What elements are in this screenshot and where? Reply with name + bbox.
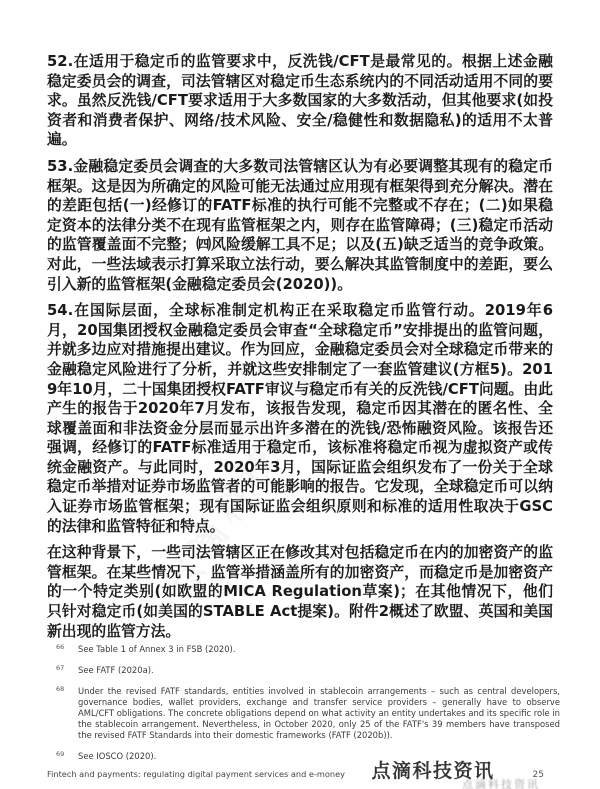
paragraph-run-bold: 7 xyxy=(195,400,205,417)
paragraph-run-bold: 2 xyxy=(379,603,389,620)
paragraph-run-bold: 53. xyxy=(47,158,73,175)
paragraph-run-bold: /CFT xyxy=(442,381,478,398)
paragraph-run-bold: 5 xyxy=(490,361,500,378)
paragraph-run: 年 xyxy=(57,381,72,398)
paragraph-run-bold: (2020)) xyxy=(276,276,337,293)
paragraph-run: 。 xyxy=(337,276,352,293)
paragraph-run: 年 xyxy=(526,302,543,319)
paragraph-run: 在国际层面，全球标准制定机构正在采取稳定币监管行动。 xyxy=(73,302,485,319)
paragraph-run: STABLE Act xyxy=(203,603,297,620)
paragraph-run: 审议与稳定币有关的反洗钱 xyxy=(265,381,443,398)
paragraph-run: 提案)。附件 xyxy=(297,603,378,620)
paragraph-run-bold: 6 xyxy=(543,302,553,319)
footnote-text: Under the revised FATF standards, entiti… xyxy=(78,686,560,741)
footnotes-section: 66See Table 1 of Annex 3 in FSB (2020).6… xyxy=(47,644,560,772)
page-content: 52.在适用于稳定币的监管要求中，反洗钱/CFT是最常见的。根据上述金融稳定委员… xyxy=(47,52,553,648)
paragraph-run: 在适用于稳定币的监管要求中，反洗钱 xyxy=(73,53,333,70)
body-paragraph: 54.在国际层面，全球标准制定机构正在采取稳定币监管行动。2019年6月，20国… xyxy=(47,301,553,536)
footnote-text: See Table 1 of Annex 3 in FSB (2020). xyxy=(78,644,560,655)
footnote-number: 68 xyxy=(47,685,78,740)
body-paragraph: 53.金融稳定委员会调查的大多数司法管辖区认为有必要调整其现有的稳定币框架。这是… xyxy=(47,157,553,294)
paragraph-run-bold: GSC xyxy=(519,498,553,515)
paragraph-run-bold: 2019 xyxy=(485,302,526,319)
paragraph-run: MICA Regulation xyxy=(223,583,362,600)
paragraph-run-bold: 3 xyxy=(270,459,280,476)
footnote: 67See FATF (2020a). xyxy=(47,665,560,676)
paragraph-run-bold: 52. xyxy=(47,53,73,70)
body-paragraph: 52.在适用于稳定币的监管要求中，反洗钱/CFT是最常见的。根据上述金融稳定委员… xyxy=(47,52,553,150)
footnote: 66See Table 1 of Annex 3 in FSB (2020). xyxy=(47,644,560,655)
paragraph-run-bold: FATF xyxy=(226,381,265,398)
paragraph-run-bold: 10 xyxy=(72,381,93,398)
paragraph-run-bold: FATF xyxy=(152,439,191,456)
paragraph-run-bold: 2020 xyxy=(214,459,255,476)
document-page: 点滴科技资讯 52.在适用于稳定币的监管要求中，反洗钱/CFT是最常见的。根据上… xyxy=(0,0,600,789)
paragraph-run-bold: /CFT xyxy=(151,92,187,109)
footer-running-title: Fintech and payments: regulating digital… xyxy=(47,769,345,779)
paragraph-run: 的法律和监管特征和特点。 xyxy=(47,518,225,535)
paragraph-run: 年 xyxy=(255,459,270,476)
paragraph-run-bold: 54. xyxy=(47,302,73,319)
paragraph-run-bold: FATF xyxy=(213,197,252,214)
paragraph-run: )。 xyxy=(500,361,522,378)
body-paragraph: 在这种背景下，一些司法管辖区正在修改其对包括稳定币在内的加密资产的监管框架。在某… xyxy=(47,543,553,641)
footnote: 68Under the revised FATF standards, enti… xyxy=(47,686,560,741)
paragraph-run: 国集团授权金融稳定委员会审查“全球稳定币”安排提出的监管问题，并就多边应对措施提… xyxy=(47,322,553,378)
footnote-number: 67 xyxy=(47,664,78,675)
footnote-number: 66 xyxy=(47,643,78,654)
paragraph-run-bold: /CFT xyxy=(333,53,369,70)
paragraph-run: 年 xyxy=(179,400,194,417)
paragraph-run: 月， xyxy=(47,322,77,339)
paragraph-run-bold: 20 xyxy=(77,322,98,339)
footnote-text: See FATF (2020a). xyxy=(78,665,560,676)
corner-watermark: 点滴科技资讯 xyxy=(462,776,600,789)
paragraph-run-bold: 2020 xyxy=(138,400,179,417)
paragraph-run: 月，二十国集团授权 xyxy=(93,381,226,398)
